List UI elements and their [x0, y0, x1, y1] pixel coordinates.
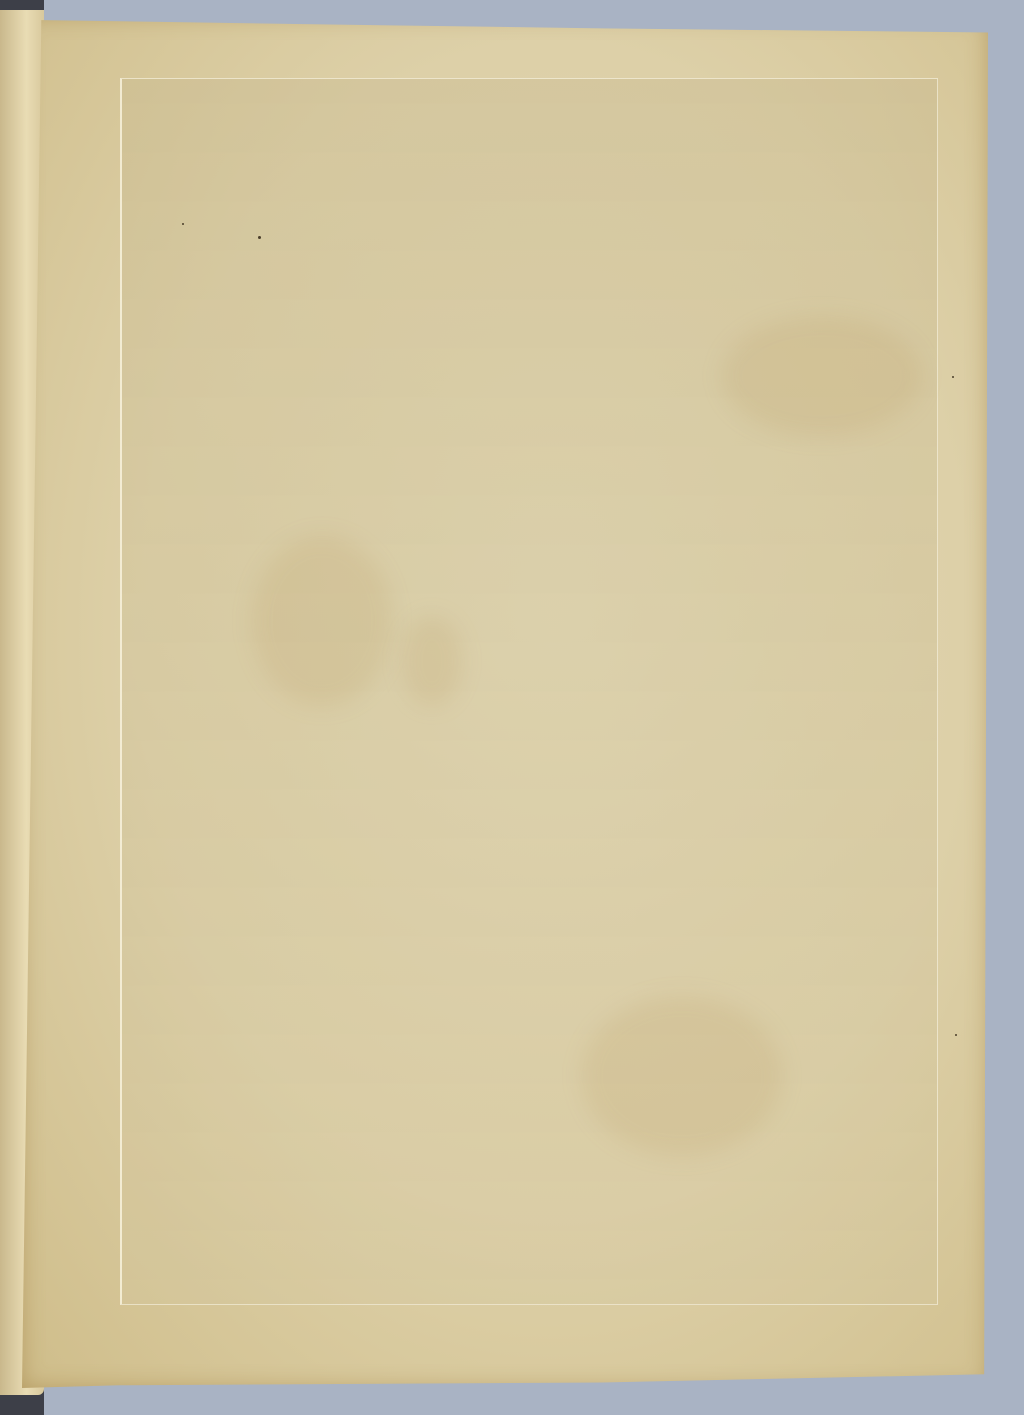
paper-fleck — [182, 223, 184, 225]
show-through-area — [722, 316, 922, 436]
foxing-stain — [252, 536, 392, 706]
paper-fleck — [952, 376, 954, 378]
book-page — [22, 16, 988, 1388]
foxing-stain — [582, 996, 782, 1156]
plate-mark — [120, 78, 938, 1305]
paper-fleck — [955, 1034, 957, 1036]
paper-fleck — [258, 236, 261, 239]
foxing-stain — [402, 616, 462, 706]
